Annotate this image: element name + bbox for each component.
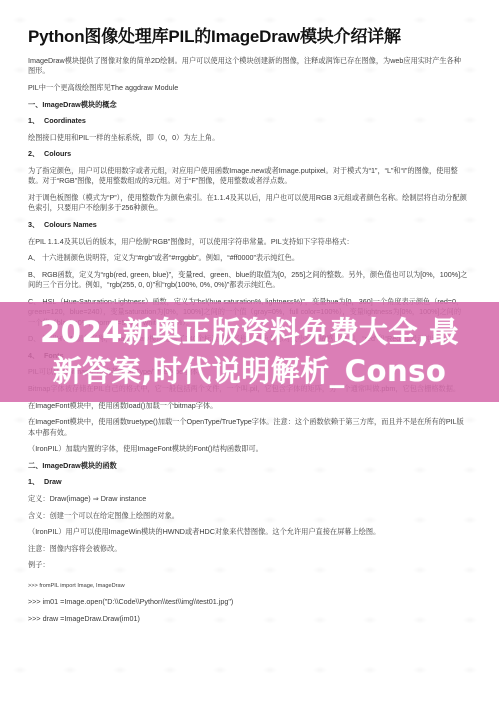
paragraph: 绘图接口使用和PIL一样的坐标系统，即（0，0）为左上角。 xyxy=(28,133,468,143)
subheading-coordinates: 1、Coordinates xyxy=(28,116,468,126)
paragraph: 含义：创建一个可以在给定图像上绘图的对象。 xyxy=(28,511,468,521)
subheading-colours: 2、Colours xyxy=(28,149,468,159)
article-title: Python图像处理库PIL的ImageDraw模块介绍详解 xyxy=(28,22,468,47)
intro-paragraph: ImageDraw模块提供了图像对象的简单2D绘制。用户可以使用这个模块创建新的… xyxy=(28,56,468,77)
code-line: >>> im01 =Image.open("D:\\Code\\Python\\… xyxy=(28,597,468,607)
paragraph: B、 RGB函数，定义为“rgb(red, green, blue)”，变量re… xyxy=(28,270,468,291)
paragraph: A、 十六进制颜色说明符，定义为“#rgb”或者“#rrggbb”。例如，“#f… xyxy=(28,253,468,263)
paragraph: 例子： xyxy=(28,560,468,570)
paragraph: 定义：Draw(image) ⇒ Draw instance xyxy=(28,494,468,504)
code-line: >>> fromPIL import Image, ImageDraw xyxy=(28,581,468,591)
paragraph: 在PIL 1.1.4及其以后的版本，用户绘制“RGB”图像时，可以使用字符串常量… xyxy=(28,237,468,247)
section-heading-functions: 二、ImageDraw模块的函数 xyxy=(28,461,468,471)
paragraph: 对于调色板图像（模式为“P”），使用整数作为颜色索引。在1.1.4及其以后，用户… xyxy=(28,193,468,214)
paragraph: 为了指定颜色，用户可以使用数字或者元组，对应用户使用函数Image.new或者I… xyxy=(28,166,468,187)
banner-headline-line-2: 新答案,时代说明解析_Conso xyxy=(53,352,447,391)
subheading-colour-names: 3、Colours Names xyxy=(28,220,468,230)
paragraph: 在ImageFont模块中，使用函数truetype()加载一个OpenType… xyxy=(28,417,468,438)
banner-headline-line-1: 2024新奥正版资料免费大全,最 xyxy=(40,313,459,352)
overlay-banner: 2024新奥正版资料免费大全,最 新答案,时代说明解析_Conso xyxy=(0,302,499,402)
paragraph: （IronPIL）加载内置的字体，使用ImageFont模块的Font()结构函… xyxy=(28,444,468,454)
code-line: >>> draw =ImageDraw.Draw(im01) xyxy=(28,614,468,624)
paragraph: 在ImageFont模块中，使用函数load()加载一个bitmap字体。 xyxy=(28,401,468,411)
aggdraw-note: PIL中一个更高级绘图库见The aggdraw Module xyxy=(28,83,468,93)
paragraph: 注意：图像内容将会被修改。 xyxy=(28,544,468,554)
section-heading-concepts: 一、ImageDraw模块的概念 xyxy=(28,100,468,110)
subheading-draw: 1、Draw xyxy=(28,477,468,487)
paragraph: （IronPIL）用户可以使用ImageWin模块的HWND或者HDC对象来代替… xyxy=(28,527,468,537)
